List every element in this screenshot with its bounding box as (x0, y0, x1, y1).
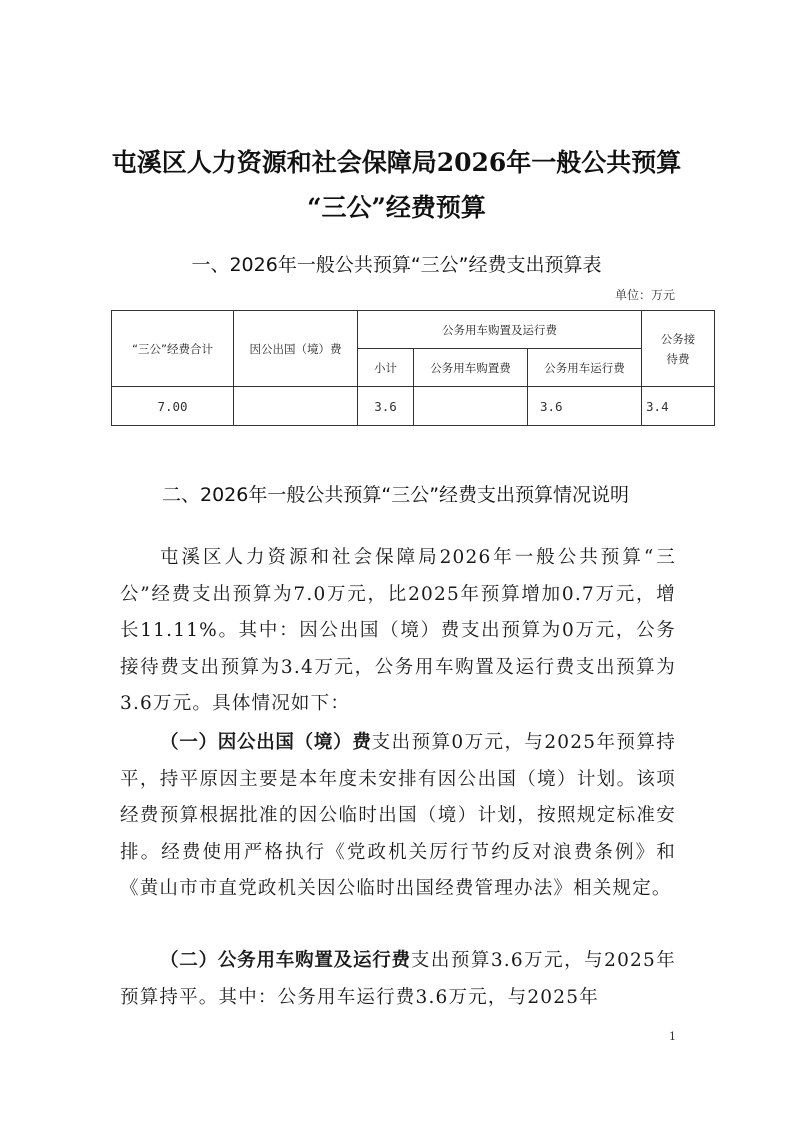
section2-heading: 二、2026年一般公共预算“三公”经费支出预算情况说明 (120, 478, 680, 513)
cell-vehicle-subtotal: 3.6 (358, 387, 414, 426)
header-total: “三公”经费合计 (112, 311, 234, 387)
unit-label: 单位：万元 (615, 286, 675, 303)
header-vehicle-subtotal: 小计 (358, 349, 414, 387)
cell-vehicle-operation: 3.6 (528, 387, 642, 426)
cell-vehicle-purchase (414, 387, 528, 426)
budget-table: “三公”经费合计 因公出国（境）费 公务用车购置及运行费 公务接待费 小计 公务… (111, 310, 715, 426)
page-number: 1 (669, 1030, 676, 1043)
paragraph-vehicle-heading: （二）公务用车购置及运行费 (160, 950, 411, 971)
paragraph-overseas: （一）因公出国（境）费支出预算0万元，与2025年预算持平，持平原因主要是本年度… (120, 725, 676, 908)
paragraph-vehicle: （二）公务用车购置及运行费支出预算3.6万元，与2025年预算持平。其中：公务用… (120, 943, 676, 1016)
paragraph-overseas-heading: （一）因公出国（境）费 (160, 732, 372, 753)
header-vehicle-group: 公务用车购置及运行费 (358, 311, 642, 349)
cell-total: 7.00 (112, 387, 234, 426)
cell-reception: 3.4 (642, 387, 715, 426)
header-overseas: 因公出国（境）费 (234, 311, 358, 387)
paragraph-overseas-text: 支出预算0万元，与2025年预算持平，持平原因主要是本年度未安排有因公出国（境）… (120, 732, 676, 899)
document-title-line1: 屯溪区人力资源和社会保障局2026年一般公共预算 (0, 143, 793, 179)
header-vehicle-purchase: 公务用车购置费 (414, 349, 528, 387)
header-reception: 公务接待费 (642, 311, 715, 387)
header-vehicle-operation: 公务用车运行费 (528, 349, 642, 387)
table-row: 7.00 3.6 3.6 3.4 (112, 387, 715, 426)
paragraph-summary: 屯溪区人力资源和社会保障局2026年一般公共预算“三公”经费支出预算为7.0万元… (120, 540, 676, 723)
section1-heading: 一、2026年一般公共预算“三公”经费支出预算表 (0, 250, 793, 277)
document-page: 屯溪区人力资源和社会保障局2026年一般公共预算 “三公”经费预算 一、2026… (0, 0, 793, 1122)
cell-overseas (234, 387, 358, 426)
document-title-line2: “三公”经费预算 (0, 188, 793, 224)
